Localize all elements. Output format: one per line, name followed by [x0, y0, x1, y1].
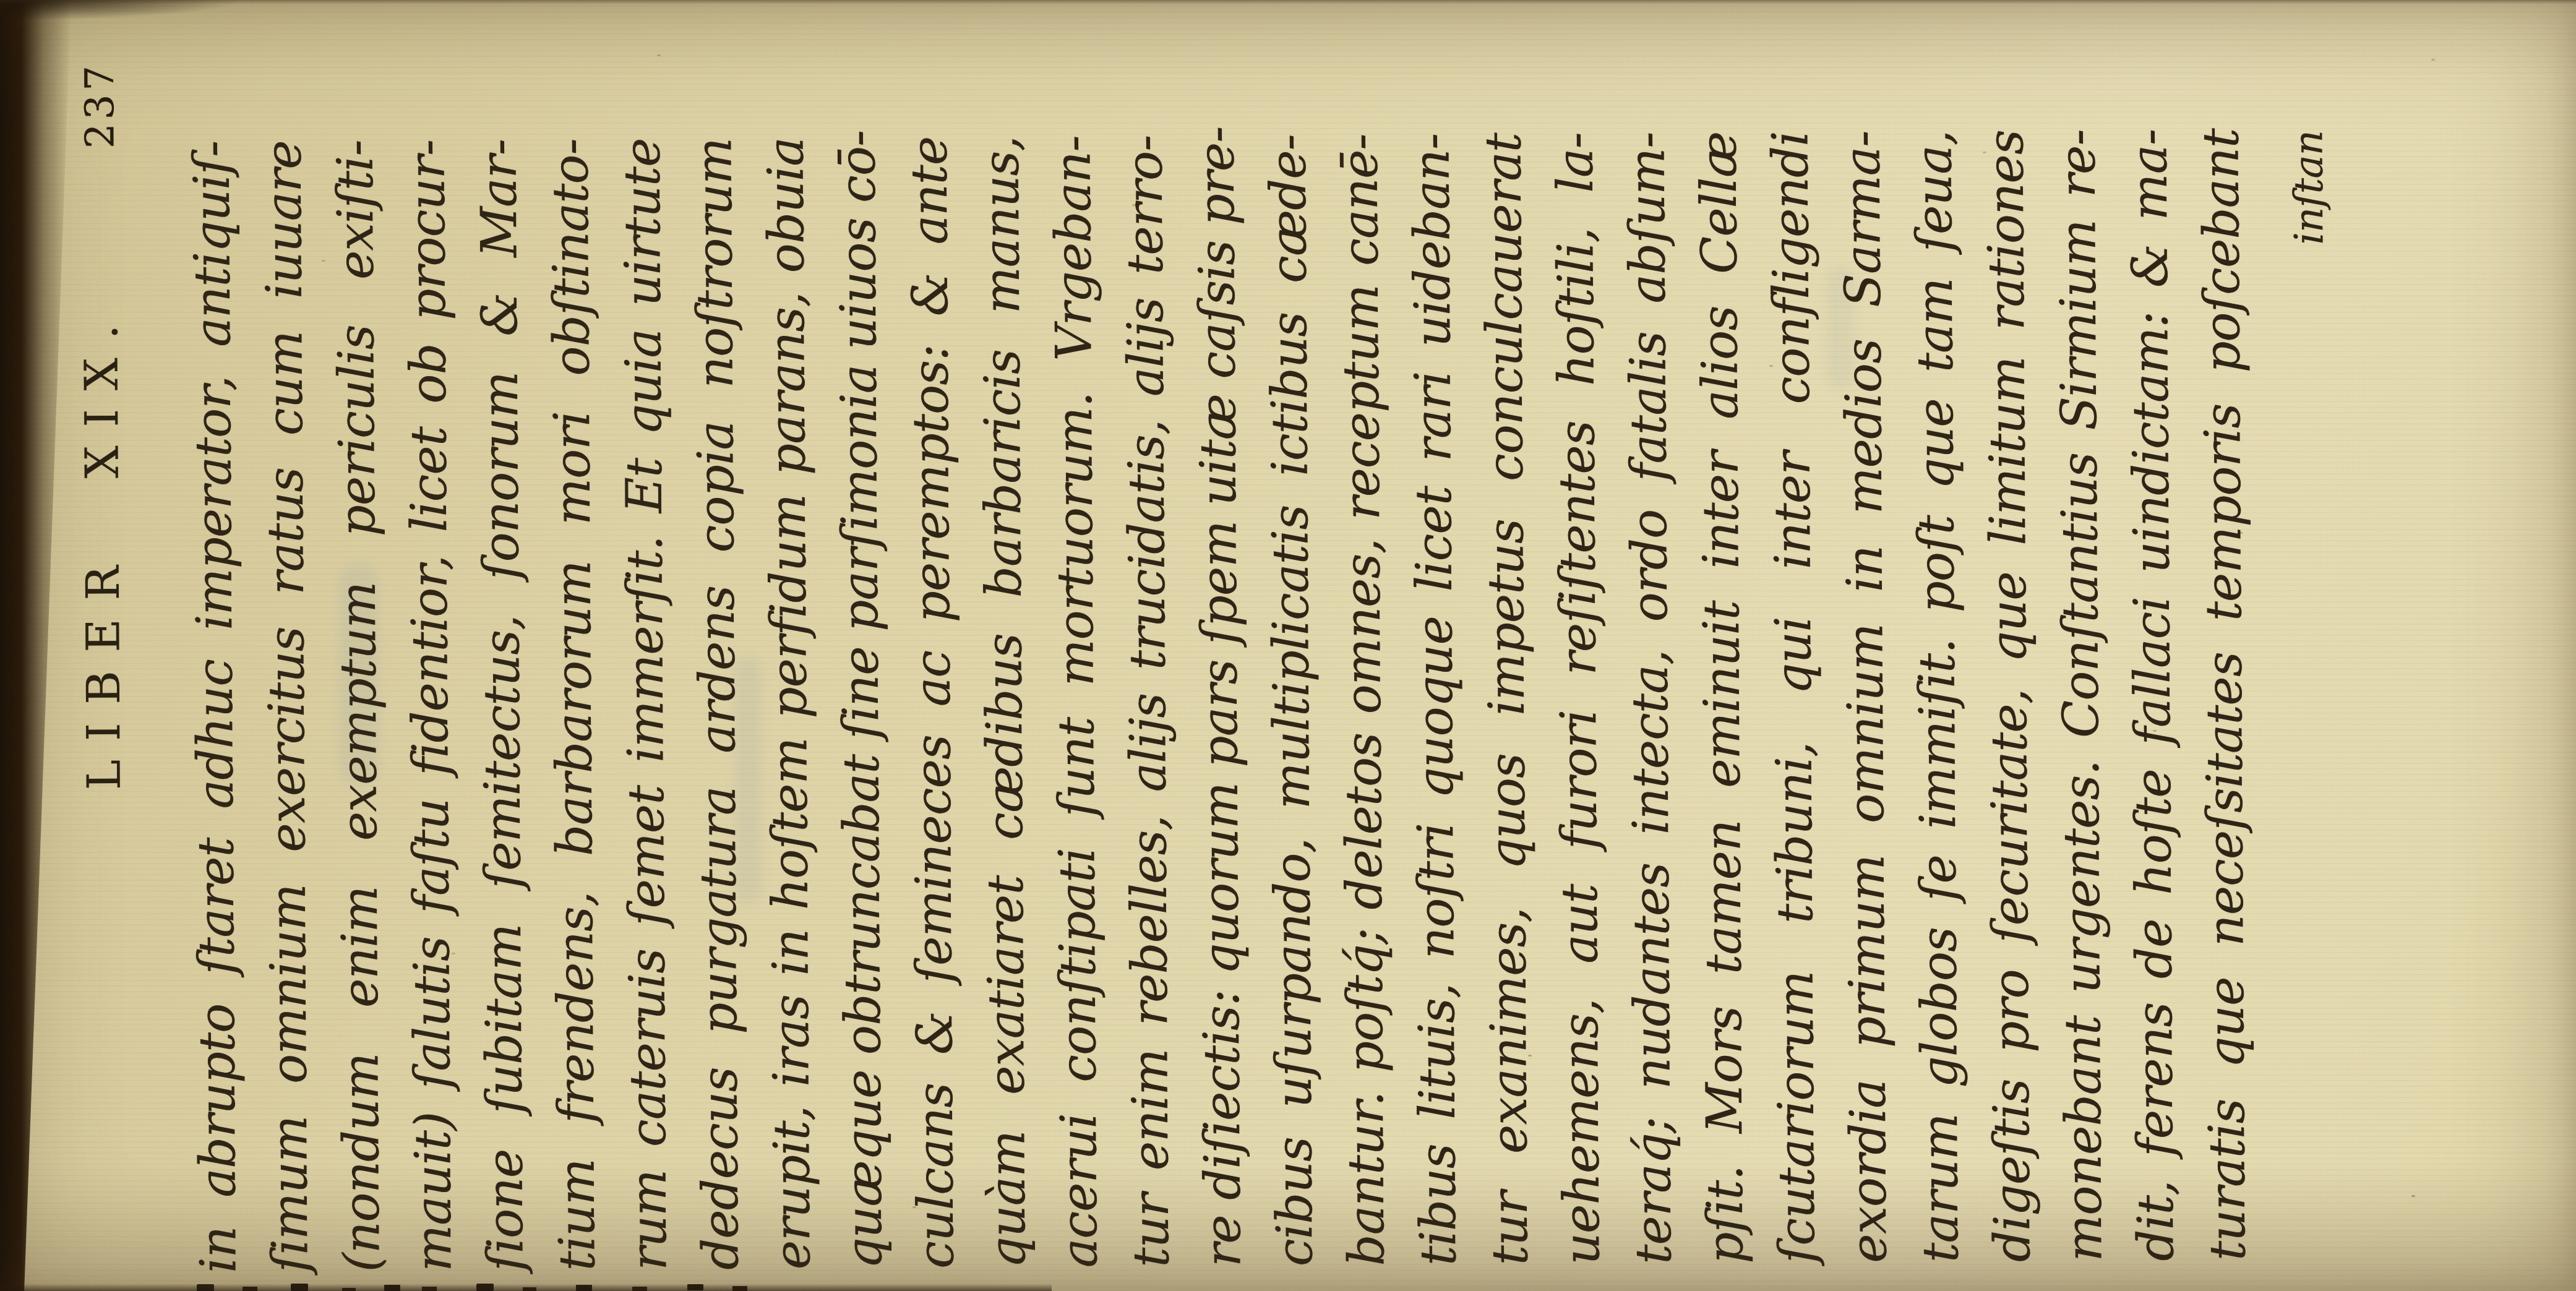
text-line: quàm exatiaret cædibus barbaricis manus, — [965, 136, 1044, 1269]
text-line: bantur. poſtq́; deletos omnes, receptum … — [1324, 134, 1402, 1266]
text-line: rum cateruis ſemet immerſit. Et quia uir… — [606, 138, 685, 1271]
text-line: monebant urgentes. Conſtantius Sirmium r… — [2041, 129, 2120, 1262]
text-line: pſit. Mors tamen eminuit inter alios Cel… — [1683, 132, 1761, 1264]
text-line: cibus uſurpando, multiplicatis ictibus c… — [1252, 134, 1331, 1267]
book-page-photo: LIBER XIX. 237 in abrupto ſtaret adhuc i… — [0, 0, 2576, 1291]
text-line: quæque obtruncabat ſine parſimonia uiuos… — [822, 137, 900, 1269]
text-line: digeſtis pro ſecuritate, que limitum rat… — [1970, 130, 2048, 1263]
text-line: re diſiectis: quorum pars ſpem uitæ caſs… — [1180, 135, 1259, 1267]
text-line: tium frendens, barbarorum mori obſtinato… — [535, 139, 613, 1271]
text-line: dedecus purgatura ardens copia noſtrorum — [678, 138, 757, 1271]
text-line: tur exanimes, quos impetus conculcauerat — [1467, 133, 1546, 1266]
catchword: inſtan — [2278, 128, 2346, 1261]
text-line: ſcutariorum tribuni, qui inter confligen… — [1754, 131, 1833, 1264]
text-line: tur enim rebelles, alijs trucidatis, ali… — [1109, 135, 1187, 1267]
text-line: dit, ferens de hoſte fallaci uindictam: … — [2113, 129, 2192, 1261]
text-line: ſione ſubitam ſemitectus, ſonorum & Mar- — [463, 139, 541, 1272]
text-line: (nondum enim exemptum periculis exiſti- — [319, 140, 398, 1272]
text-line: uehemens, aut furori reſiſtentes hoſtili… — [1539, 132, 1618, 1265]
page-number: 237 — [77, 49, 123, 161]
text-line: in abrupto ſtaret adhuc imperator, antiq… — [176, 141, 254, 1274]
text-line: tarum globos ſe immiſit. poſt que tam ſe… — [1898, 131, 1977, 1263]
text-block: in abrupto ſtaret adhuc imperator, antiq… — [176, 128, 2346, 1273]
text-line: exordia primum omnium in medios Sarma- — [1826, 131, 1905, 1263]
running-head: LIBER XIX. — [74, 233, 131, 864]
rotated-page-content: LIBER XIX. 237 in abrupto ſtaret adhuc i… — [0, 0, 2576, 1291]
text-line: culcans & ſemineces ac peremptos: & ante — [893, 136, 972, 1269]
text-line: mauit) ſalutis faſtu fidentior, licet ob… — [391, 139, 470, 1272]
text-line: teraq́; nudantes intecta, ordo fatalis a… — [1611, 132, 1689, 1264]
text-line: turatis que neceſsitates temporis poſceb… — [2185, 129, 2264, 1261]
text-line: erupit, iras in hoſtem perfidum parans, … — [750, 137, 828, 1270]
text-line: acerui conſtipati ſunt mortuorum. Vrgeba… — [1037, 135, 1115, 1268]
text-line: tibus lituis, noſtri quoque licet rari u… — [1396, 134, 1474, 1266]
text-line: ſimum omnium exercitus ratus cum iuuare — [247, 140, 326, 1273]
